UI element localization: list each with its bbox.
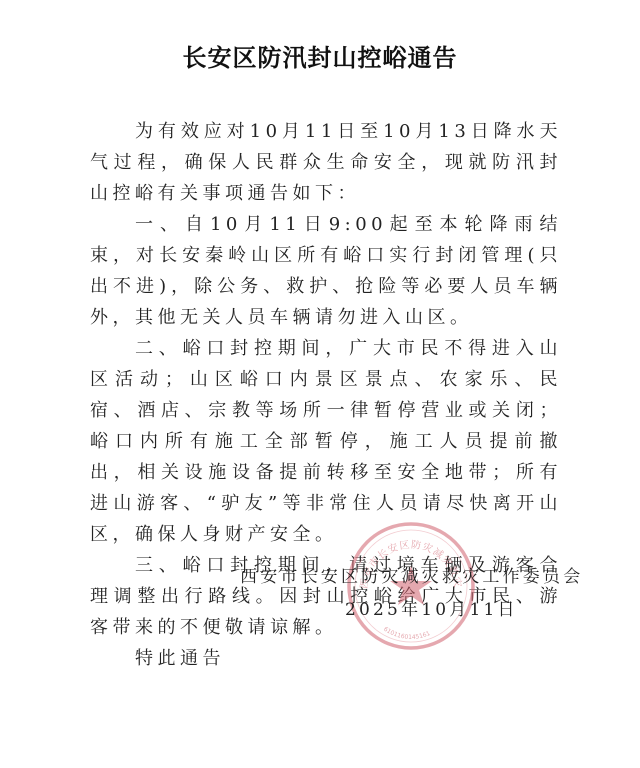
closing-line: 特此通告 bbox=[90, 643, 562, 674]
signature-block: 西安市长安区防灾减灾救灾工作委员会 2025年10月11日 bbox=[240, 562, 540, 620]
item-one-paragraph: 一、自10月11日9:00起至本轮降雨结束，对长安秦岭山区所有峪口实行封闭管理(… bbox=[90, 209, 562, 333]
issue-date: 2025年10月11日 bbox=[345, 595, 540, 620]
issuing-organization: 西安市长安区防灾减灾救灾工作委员会 bbox=[240, 562, 540, 587]
document-title: 长安区防汛封山控峪通告 bbox=[0, 38, 640, 73]
item-two-paragraph: 二、峪口封控期间，广大市民不得进入山区活动；山区峪口内景区景点、农家乐、民宿、酒… bbox=[90, 333, 562, 550]
intro-paragraph: 为有效应对10月11日至10月13日降水天气过程，确保人民群众生命安全，现就防汛… bbox=[90, 116, 562, 209]
svg-text:6101160145161: 6101160145161 bbox=[382, 626, 431, 641]
